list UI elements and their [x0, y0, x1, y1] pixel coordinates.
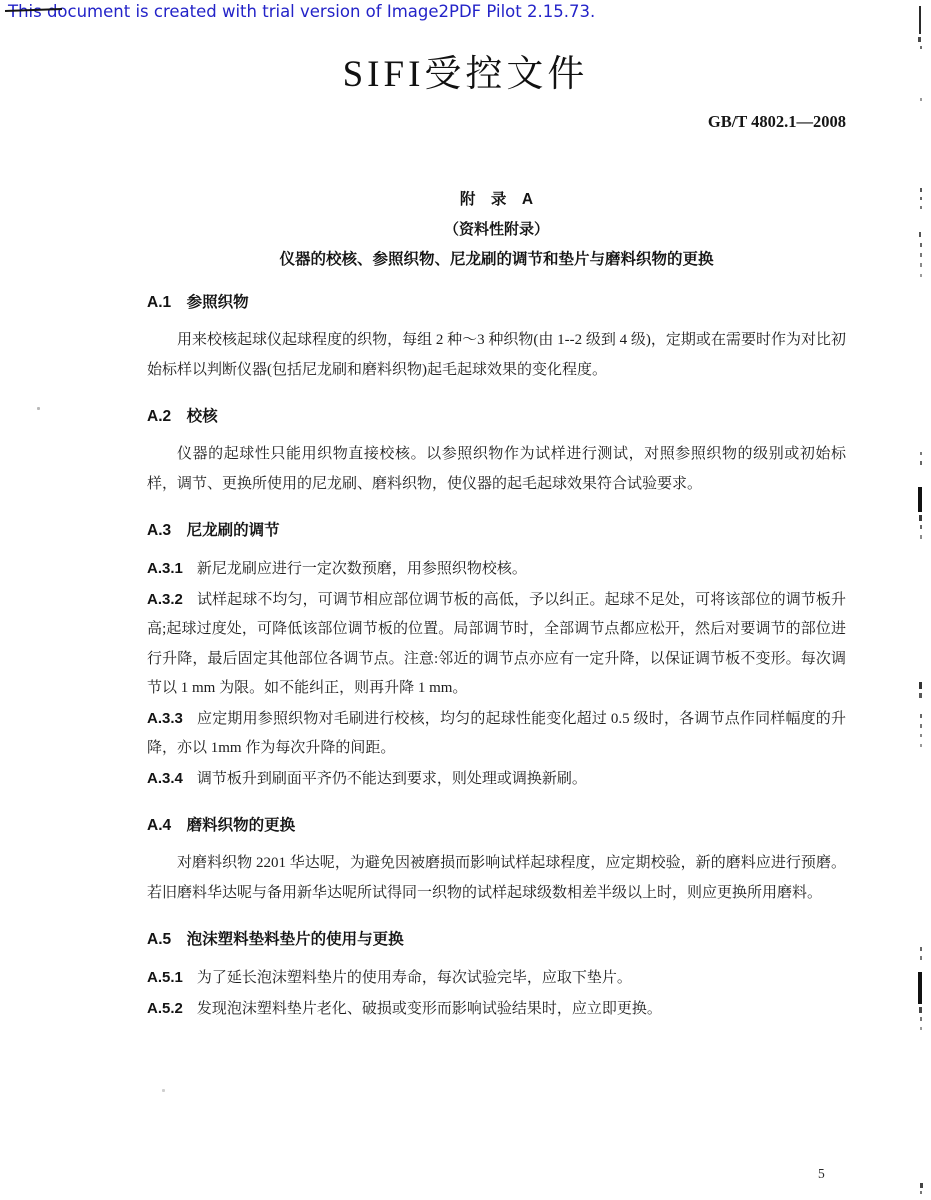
page-number: 5	[818, 1166, 825, 1182]
clause-a5-2-text: 发现泡沫塑料垫片老化、破损或变形而影响试验结果时，应立即更换。	[197, 1001, 662, 1017]
section-a2-paragraph: 仪器的起球性只能用织物直接校核。以参照织物作为试样进行测试，对照参照织物的级别或…	[147, 440, 846, 499]
document-body: 附 录 A （资料性附录） 仪器的校核、参照织物、尼龙刷的调节和垫片与磨料织物的…	[147, 190, 846, 1024]
clause-a3-1-text: 新尼龙刷应进行一定次数预磨，用参照织物校核。	[197, 561, 527, 577]
clause-a5-2-number: A.5.2	[147, 1000, 183, 1017]
scan-artifact-mark	[920, 535, 922, 539]
scan-artifact-mark	[920, 734, 922, 737]
clause-a3-3: A.3.3应定期用参照织物对毛刷进行校核，均匀的起球性能变化超过 0.5 级时，…	[147, 704, 846, 764]
scan-artifact-mark	[920, 98, 922, 101]
scan-artifact-mark	[919, 682, 922, 689]
clause-a5-1-text: 为了延长泡沫塑料垫片的使用寿命，每次试验完毕，应取下垫片。	[197, 970, 632, 986]
clause-a3-3-text: 应定期用参照织物对毛刷进行校核，均匀的起球性能变化超过 0.5 级时，各调节点作…	[147, 711, 846, 757]
section-a2-title: A.2 校核	[147, 407, 846, 427]
section-a4-paragraph: 对磨料织物 2201 华达呢，为避免因被磨损而影响试样起球程度，应定期校验，新的…	[147, 849, 846, 908]
scan-artifact-mark	[920, 188, 922, 192]
scan-artifact-mark	[920, 274, 922, 277]
trial-watermark-text: This document is created with trial vers…	[8, 2, 595, 22]
standard-number: GB/T 4802.1—2008	[708, 112, 846, 132]
clause-a3-1-number: A.3.1	[147, 560, 183, 577]
appendix-title: 附 录 A	[147, 190, 846, 210]
scan-artifact-mark	[920, 253, 922, 257]
scan-artifact-mark	[918, 487, 922, 512]
clause-a3-2-number: A.3.2	[147, 591, 183, 608]
scan-artifact-mark	[919, 515, 922, 521]
section-a5-title: A.5 泡沫塑料垫料垫片的使用与更换	[147, 930, 846, 950]
controlled-document-title: SIFI受控文件	[0, 52, 931, 98]
scan-artifact-mark	[920, 525, 922, 529]
scan-artifact-mark	[920, 956, 922, 960]
section-a1-title: A.1 参照织物	[147, 293, 846, 313]
section-a4-title: A.4 磨料织物的更换	[147, 816, 846, 836]
scan-artifact-mark	[920, 1191, 922, 1194]
scan-artifact-mark	[920, 1027, 922, 1030]
scan-artifact-mark	[920, 263, 922, 267]
scan-artifact-mark	[920, 461, 922, 465]
clause-a3-4-text: 调节板升到刷面平齐仍不能达到要求，则处理或调换新刷。	[197, 771, 587, 787]
scan-artifact-mark	[919, 1007, 922, 1013]
clause-a5-1-number: A.5.1	[147, 969, 183, 986]
scanned-document-page: This document is created with trial vers…	[0, 0, 931, 1200]
scan-artifact-mark	[919, 693, 922, 698]
scan-artifact-mark	[919, 232, 921, 237]
paper-speck	[37, 407, 40, 410]
appendix-heading: 仪器的校核、参照织物、尼龙刷的调节和垫片与磨料织物的更换	[147, 249, 846, 271]
clause-a3-1: A.3.1新尼龙刷应进行一定次数预磨，用参照织物校核。	[147, 554, 846, 585]
scan-artifact-mark	[919, 6, 921, 34]
clause-a5-1: A.5.1为了延长泡沫塑料垫片的使用寿命，每次试验完毕，应取下垫片。	[147, 963, 846, 994]
scan-artifact-mark	[918, 37, 921, 42]
scan-artifact-mark	[920, 714, 922, 718]
scan-artifact-mark	[920, 46, 922, 49]
scan-artifact-mark	[920, 197, 922, 200]
scan-artifact-mark	[920, 206, 922, 209]
scan-artifact-mark	[918, 972, 922, 1004]
clause-a3-3-number: A.3.3	[147, 710, 183, 727]
clause-a3-2-text: 试样起球不均匀，可调节相应部位调节板的高低，予以纠正。起球不足处，可将该部位的调…	[147, 592, 846, 697]
clause-a3-2: A.3.2试样起球不均匀，可调节相应部位调节板的高低，予以纠正。起球不足处，可将…	[147, 585, 846, 704]
clause-a3-4-number: A.3.4	[147, 770, 183, 787]
scan-artifact-mark	[920, 452, 922, 455]
clause-a3-4: A.3.4调节板升到刷面平齐仍不能达到要求，则处理或调换新刷。	[147, 764, 846, 795]
scan-artifact-mark	[920, 1017, 922, 1021]
scan-artifact-mark	[920, 243, 922, 247]
appendix-subtitle: （资料性附录）	[147, 220, 846, 240]
scan-artifact-mark	[920, 1183, 923, 1188]
section-a3-title: A.3 尼龙刷的调节	[147, 521, 846, 541]
clause-a5-2: A.5.2发现泡沫塑料垫片老化、破损或变形而影响试验结果时，应立即更换。	[147, 994, 846, 1025]
scan-artifact-mark	[920, 744, 922, 747]
scan-artifact-mark	[920, 947, 922, 951]
scan-artifact-mark	[920, 724, 922, 728]
section-a1-paragraph: 用来校核起球仪起球程度的织物，每组 2 种～3 种织物(由 1--2 级到 4 …	[147, 326, 846, 385]
paper-speck	[162, 1089, 165, 1092]
